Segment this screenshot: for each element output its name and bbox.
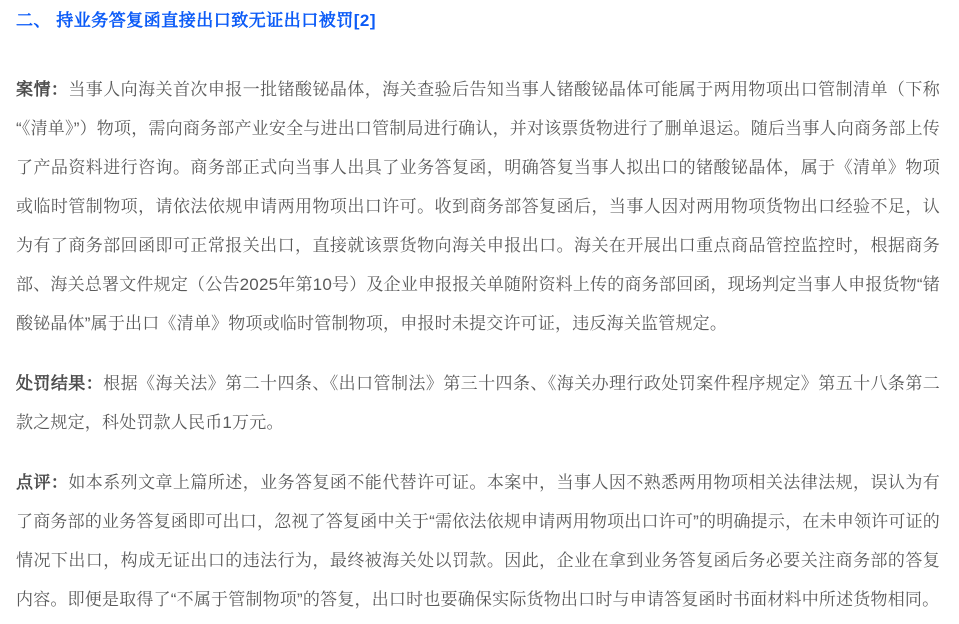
commentary-text: 如本系列文章上篇所述，业务答复函不能代替许可证。本案中，当事人因不熟悉两用物项相…: [16, 473, 940, 609]
footnote-reference: [2]: [354, 11, 376, 30]
penalty-result-text: 根据《海关法》第二十四条、《出口管制法》第三十四条、《海关办理行政处罚案件程序规…: [16, 374, 940, 432]
commentary-label: 点评：: [16, 473, 68, 492]
penalty-result-paragraph: 处罚结果：根据《海关法》第二十四条、《出口管制法》第三十四条、《海关办理行政处罚…: [16, 364, 940, 442]
case-facts-paragraph: 案情：当事人向海关首次申报一批锗酸铋晶体，海关查验后告知当事人锗酸铋晶体可能属于…: [16, 70, 940, 343]
article-body: 二、 持业务答复函直接出口致无证出口被罚[2] 案情：当事人向海关首次申报一批锗…: [0, 0, 959, 619]
case-facts-text: 当事人向海关首次申报一批锗酸铋晶体，海关查验后告知当事人锗酸铋晶体可能属于两用物…: [16, 80, 940, 333]
case-facts-label: 案情：: [16, 80, 68, 99]
penalty-result-label: 处罚结果：: [16, 374, 103, 393]
article-heading-text: 二、 持业务答复函直接出口致无证出口被罚: [16, 11, 354, 30]
article-heading: 二、 持业务答复函直接出口致无证出口被罚[2]: [16, 9, 940, 33]
commentary-paragraph: 点评：如本系列文章上篇所述，业务答复函不能代替许可证。本案中，当事人因不熟悉两用…: [16, 463, 940, 619]
